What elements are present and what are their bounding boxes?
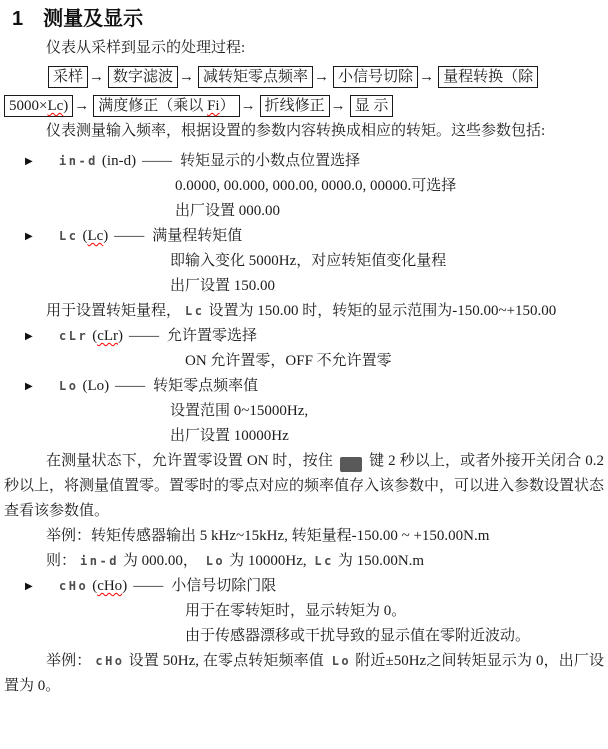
sub-line-lo-range: 设置范围 0~15000Hz, <box>4 399 604 424</box>
bullet-item-clr: ▶cLr(cLr)——允许置零选择 <box>4 324 604 349</box>
bullet-desc: 小信号切除门限 <box>171 578 276 594</box>
flow-arrow-icon: → <box>419 65 434 90</box>
bullet-item-ind: ▶in-d(in-d)——转矩显示的小数点位置选择 <box>4 149 604 174</box>
flow-box-subtract-zero-freq: 减转矩零点频率 <box>198 66 313 88</box>
bullet-item-lc: ▶Lc(Lc)——满量程转矩值 <box>4 224 604 249</box>
intro-paragraph: 仪表测量输入频率，根据设置的参数内容转换成相应的转矩。这些参数包括: <box>4 119 604 144</box>
sub-line-ind-options: 0.0000, 00.000, 000.00, 0000.0, 00000.可选… <box>4 174 604 199</box>
em-dash: —— <box>114 228 144 244</box>
zeroing-text1: 在测量状态下，允许置零设置 ON 时，按住 <box>46 453 333 469</box>
seven-seg-label-ind: in-d <box>59 154 98 168</box>
then-text1: 则： <box>46 553 76 569</box>
bullet-item-cho: ▶cHo(cHo)——小信号切除门限 <box>4 574 604 599</box>
paren-label-ind: (in-d) <box>102 153 136 169</box>
range-conv-prefix: 5000× <box>9 98 47 114</box>
then-text3: 为 10000Hz, <box>229 553 307 569</box>
seven-seg-inline-lo: Lo <box>206 554 225 568</box>
paren-label-lc: (Lc) <box>82 228 108 244</box>
example2-text2: 设置 50Hz, 在零点转矩频率值 <box>129 653 324 669</box>
bullet-desc: 满量程转矩值 <box>152 228 242 244</box>
then-paragraph: 则：in-d为 000.00， Lo为 10000Hz, Lc为 150.00N… <box>4 549 604 574</box>
bullet-arrow-icon: ▶ <box>25 324 55 349</box>
paren-wavy-lc: Lc <box>87 228 103 244</box>
paren-wavy-clr: cLr <box>97 328 118 344</box>
bullet-arrow-icon: ▶ <box>25 374 55 399</box>
sub-line-lc-factory: 出厂设置 150.00 <box>4 274 604 299</box>
then-text4: 为 150.00N.m <box>338 553 424 569</box>
then-text2: 为 000.00， <box>123 553 198 569</box>
flow-box-range-conversion-cont: 5000×Lc) <box>4 95 73 117</box>
page-title: 1测量及显示 <box>12 6 604 32</box>
paren-wavy-cho: cHo <box>97 578 122 594</box>
fullscale-prefix: 满度修正（乘以 <box>98 98 207 114</box>
paren-label-cho: (cHo) <box>92 578 127 594</box>
seven-seg-inline-ind: in-d <box>80 554 119 568</box>
em-dash: —— <box>115 378 145 394</box>
seven-seg-label-lo: Lo <box>59 379 78 393</box>
bullet-arrow-icon: ▶ <box>25 149 55 174</box>
flow-box-sampling: 采样 <box>48 66 88 88</box>
sub-line-ind-factory: 出厂设置 000.00 <box>4 199 604 224</box>
paren-close: ) <box>122 578 127 594</box>
flow-box-small-signal-cutoff: 小信号切除 <box>333 66 418 88</box>
flow-box-digital-filter: 数字滤波 <box>108 66 178 88</box>
bullet-item-lo: ▶Lo(Lo)——转矩零点频率值 <box>4 374 604 399</box>
sub-line-cho-zero: 用于在零转矩时，显示转矩为 0。 <box>4 599 604 624</box>
example2-text1: 举例： <box>46 653 91 669</box>
flow-arrow-icon: → <box>179 65 194 90</box>
flow-arrow-icon: → <box>241 94 256 119</box>
manual-page: 1测量及显示 仪表从采样到显示的处理过程: 采样→ 数字滤波→ 减转矩零点频率→… <box>0 0 608 749</box>
flow-box-display: 显 示 <box>350 95 394 117</box>
bullet-desc: 转矩零点频率值 <box>153 378 258 394</box>
seven-seg-inline-lc: Lc <box>185 304 204 318</box>
bullet-desc: 转矩显示的小数点位置选择 <box>180 153 360 169</box>
section-number: 1 <box>12 8 23 30</box>
flow-box-range-conversion: 量程转换（除 <box>438 66 538 88</box>
paren-label-clr: (cLr) <box>92 328 123 344</box>
paren-close: ) <box>118 328 123 344</box>
flow-box-polyline-correction: 折线修正 <box>260 95 330 117</box>
example2-paragraph: 举例：cHo设置 50Hz, 在零点转矩频率值 Lo附近±50Hz之间转矩显示为… <box>4 649 604 699</box>
seven-seg-label-cho: cHo <box>59 579 88 593</box>
sub-line-lc-range: 即输入变化 5000Hz，对应转矩值变化量程 <box>4 249 604 274</box>
seven-seg-label-clr: cLr <box>59 329 88 343</box>
em-dash: —— <box>133 578 163 594</box>
lc-usage-text1: 用于设置转矩量程， <box>46 303 181 319</box>
seven-seg-inline-lc: Lc <box>314 554 333 568</box>
fullscale-suffix: ） <box>220 98 235 114</box>
bullet-arrow-icon: ▶ <box>25 574 55 599</box>
sub-line-lo-factory: 出厂设置 10000Hz <box>4 424 604 449</box>
flowchart-row-2: 5000×Lc)→ 满度修正（乘以 Fi）→ 折线修正→ 显 示 <box>4 93 604 119</box>
lc-usage-text2: 设置为 150.00 时，转矩的显示范围为-150.00~+150.00 <box>208 303 556 319</box>
flow-arrow-icon: → <box>74 94 89 119</box>
range-conv-lc: Lc <box>47 98 63 114</box>
sub-line-cho-drift: 由于传感器漂移或干扰导致的显示值在零附近波动。 <box>4 624 604 649</box>
seven-seg-label-lc: Lc <box>59 229 78 243</box>
seven-seg-inline-lo: Lo <box>332 654 351 668</box>
section-title: 测量及显示 <box>43 8 143 30</box>
flow-arrow-icon: → <box>89 65 104 90</box>
flowchart-row-1: 采样→ 数字滤波→ 减转矩零点频率→ 小信号切除→ 量程转换（除 <box>48 64 604 90</box>
em-dash: —— <box>142 153 172 169</box>
fullscale-fi: Fi <box>207 98 220 114</box>
lc-usage-paragraph: 用于设置转矩量程，Lc设置为 150.00 时，转矩的显示范围为-150.00~… <box>4 299 604 324</box>
flow-box-full-scale-correction: 满度修正（乘以 Fi） <box>93 95 239 117</box>
example1-paragraph: 举例：转矩传感器输出 5 kHz~15kHz, 转矩量程-150.00 ~ +1… <box>4 524 604 549</box>
bullet-desc: 允许置零选择 <box>167 328 257 344</box>
down-key-icon: ▼ <box>340 457 362 472</box>
intro-line: 仪表从采样到显示的处理过程: <box>46 36 604 61</box>
paren-close: ) <box>103 228 108 244</box>
seven-seg-inline-cho: cHo <box>95 654 124 668</box>
paren-label-lo: (Lo) <box>82 378 109 394</box>
sub-line-clr-onoff: ON 允许置零，OFF 不允许置零 <box>4 349 604 374</box>
flow-arrow-icon: → <box>331 94 346 119</box>
bullet-arrow-icon: ▶ <box>25 224 55 249</box>
range-conv-suffix: ) <box>63 98 68 114</box>
em-dash: —— <box>129 328 159 344</box>
flow-arrow-icon: → <box>314 65 329 90</box>
zeroing-paragraph: 在测量状态下，允许置零设置 ON 时，按住▼键 2 秒以上，或者外接开关闭合 0… <box>4 449 604 524</box>
